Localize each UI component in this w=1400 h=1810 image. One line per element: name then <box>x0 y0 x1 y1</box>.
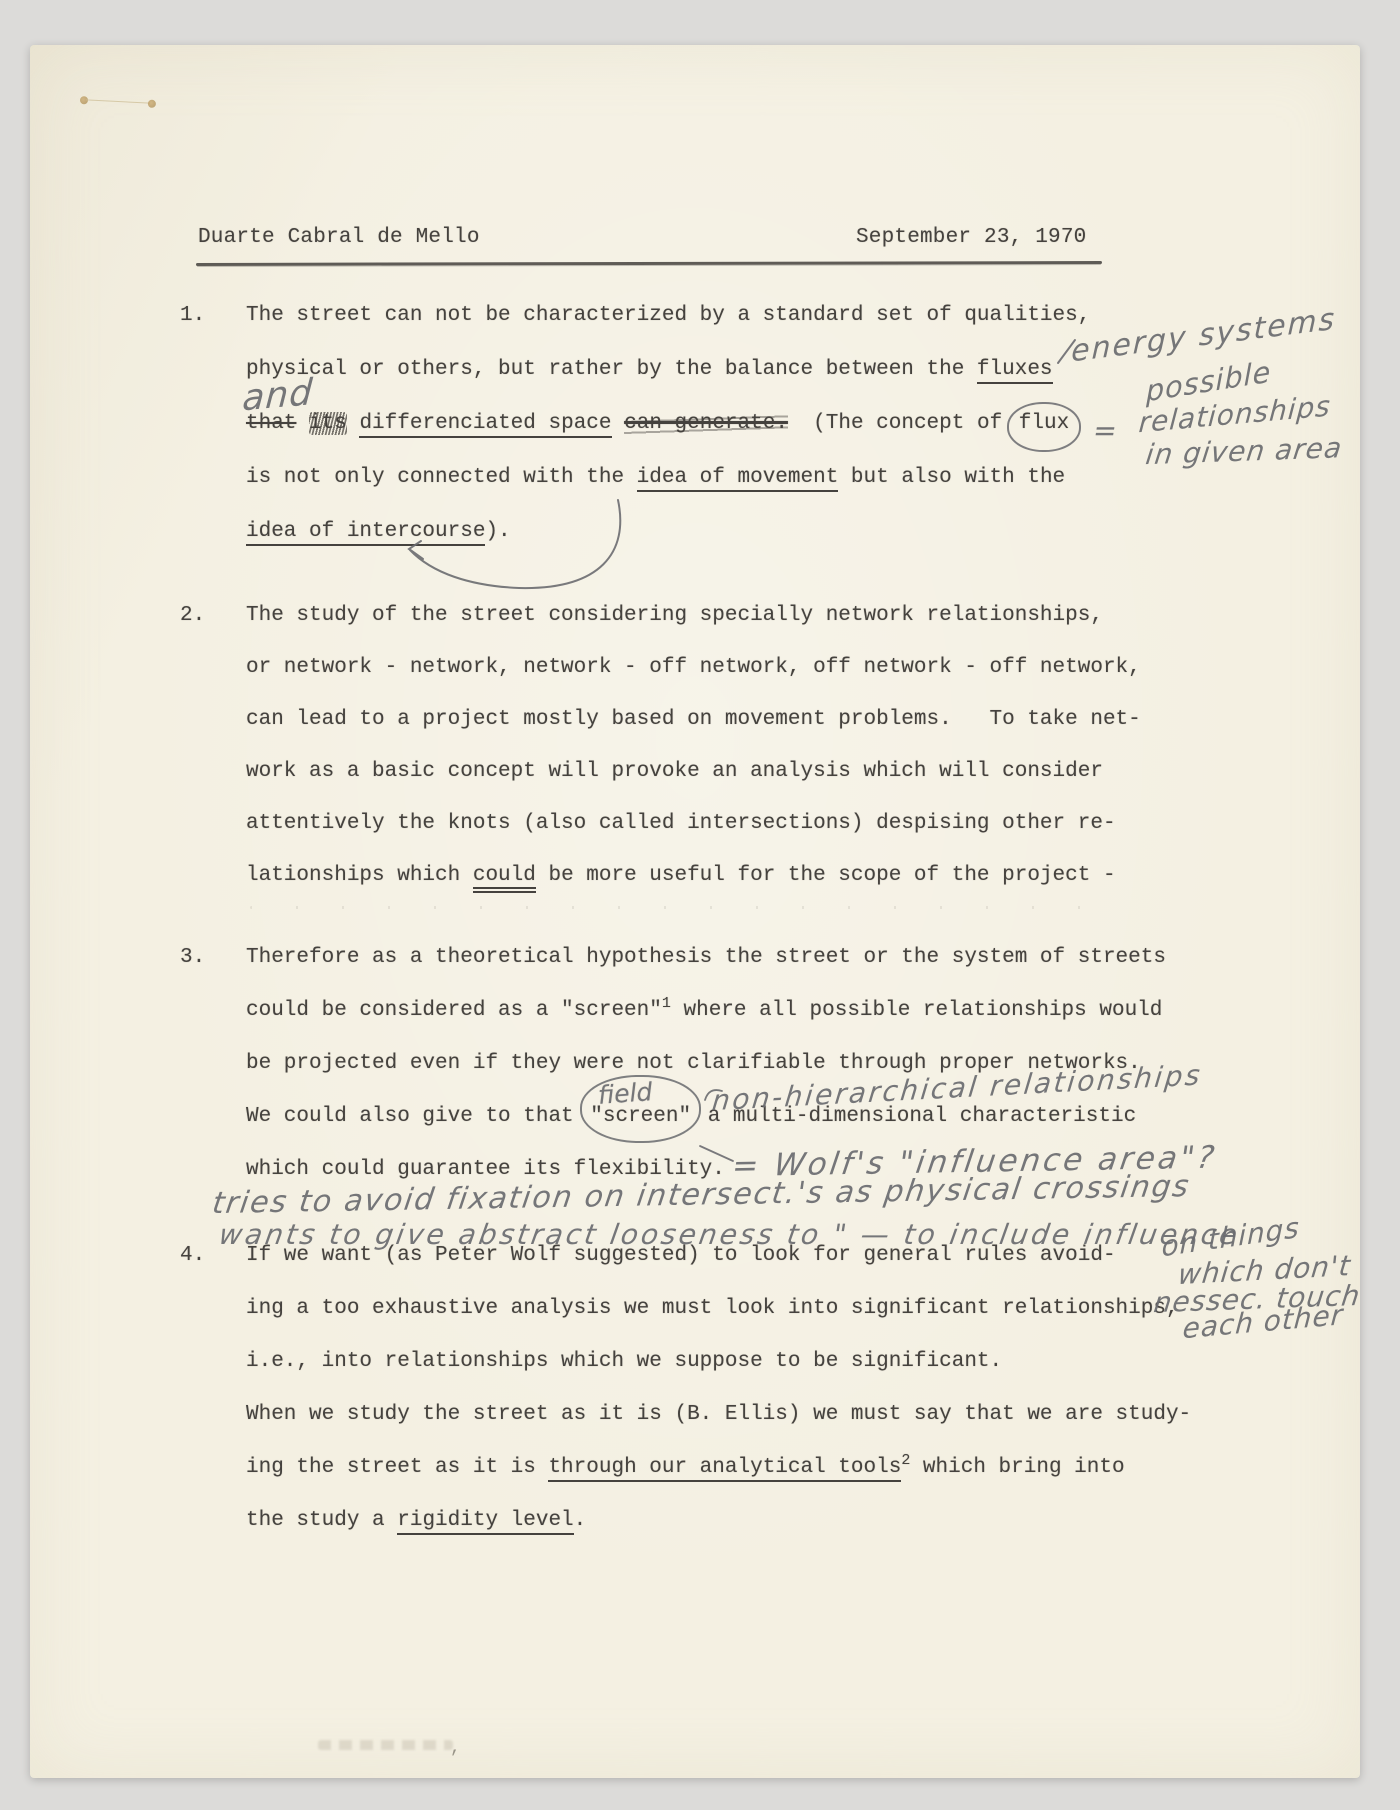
erased-line-residue <box>250 906 1100 909</box>
pencil-connector-icon <box>705 1090 722 1100</box>
pencil-marks-layer <box>0 0 1400 1810</box>
pencil-arrow-icon <box>410 500 620 588</box>
scanned-document: { "colors":{"bg":"#dcdbd9","paper":"#f4f… <box>0 0 1400 1810</box>
ghost-text-smudge <box>318 1740 453 1750</box>
pencil-slash-icon <box>1058 340 1075 363</box>
pencil-connector2-icon <box>700 1146 733 1161</box>
ghost-comma-mark: , <box>450 1738 461 1758</box>
